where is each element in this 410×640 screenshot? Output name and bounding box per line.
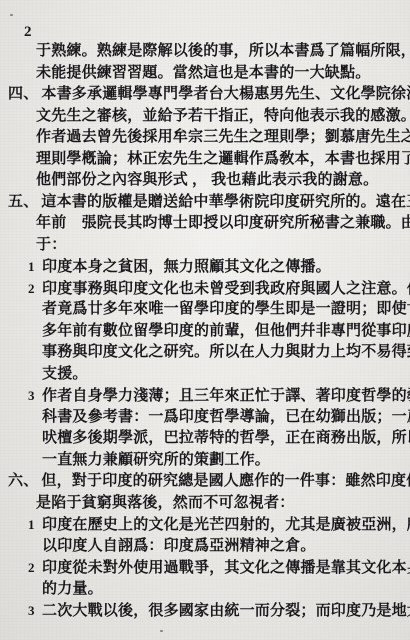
line-text: 他們部份之內容與形式 ， 我也藉此表示我的謝意。: [36, 172, 378, 188]
line-text: 二次大戰以後，很多國家由統一而分裂；而印度乃是地大: [42, 603, 410, 619]
line-text: 印度在歷史上的文化是光芒四射的，尤其是廣被亞洲，所: [42, 517, 410, 533]
line-text: 年前 張院長其昀博士即授以印度研究所秘書之兼職。由: [36, 215, 410, 231]
page-number: 2: [24, 24, 32, 41]
line-text: 事務與印度文化之研究。所以在人力與財力上均不易得到: [42, 344, 410, 360]
line-text: 多年前有數位留學印度的前輩，但他們幷非專門從事印度: [42, 323, 410, 339]
text-line: 作者過去曾先後採用牟宗三先生之理則學；劉慕唐先生之: [0, 127, 410, 149]
line-text: 印度事務與印度文化也未曾受到我政府與國人之注意。作: [42, 281, 410, 297]
line-text: 的力量。: [42, 581, 103, 597]
line-text: 未能提供練習習題。當然這也是本書的一大缺點。: [36, 65, 370, 81]
item-number: 2: [28, 557, 42, 579]
text-line: 2印度從未對外使用過戰爭，其文化之傳播是靠其文化本身: [0, 557, 410, 579]
line-text: 吠檀多後期學派，巴拉蒂特的哲學，正在商務出版，所以: [42, 430, 410, 446]
text-line: 于：: [0, 235, 410, 257]
text-line: 1印度在歷史上的文化是光芒四射的，尤其是廣被亞洲，所: [0, 514, 410, 536]
text-line: 事務與印度文化之研究。所以在人力與財力上均不易得到: [0, 342, 410, 364]
text-line: 他們部份之內容與形式 ， 我也藉此表示我的謝意。: [0, 170, 410, 192]
line-text: 作者過去曾先後採用牟宗三先生之理則學；劉慕唐先生之: [36, 129, 410, 145]
text-line: 的力量。: [0, 579, 410, 601]
line-text: 印度從未對外使用過戰爭，其文化之傳播是靠其文化本身: [42, 560, 410, 576]
line-text: 本書多承邏輯學專門學者台大楊惠男先生、文化學院徐清: [41, 86, 410, 102]
line-text: 一直無力兼顧研究所的策劃工作。: [42, 452, 270, 468]
line-text: 支援。: [42, 366, 88, 382]
line-text: 印度本身之貧困，無力照顧其文化之傳播。: [42, 259, 331, 275]
text-line: 2印度事務與印度文化也未曾受到我政府與國人之注意。作: [0, 278, 410, 300]
item-number: 1: [28, 256, 42, 278]
item-number: 2: [28, 278, 42, 300]
text-line: 支援。: [0, 364, 410, 386]
text-line: 1印度本身之貧困，無力照顧其文化之傳播。: [0, 256, 410, 278]
item-number: 3: [28, 385, 42, 407]
text-line: 3作者自身學力淺薄；且三年來正忙于譯、著印度哲學的敎: [0, 385, 410, 407]
text-line: 多年前有數位留學印度的前輩，但他們幷非專門從事印度: [0, 321, 410, 343]
text-line: 科書及參考書：一爲印度哲學導論，已在幼獅出版；一爲: [0, 407, 410, 429]
line-text: 于熟練。熟練是際解以後的事，所以本書爲了篇幅所限，: [36, 43, 410, 59]
text-line: 者竟爲廿多年來唯一留學印度的學生即是一證明；即使廿: [0, 299, 410, 321]
line-text: 這本書的版權是贈送給中華學術院印度研究所的。遠在三: [41, 194, 410, 210]
line-text: 者竟爲廿多年來唯一留學印度的學生即是一證明；即使廿: [42, 301, 410, 317]
text-line: 于熟練。熟練是際解以後的事，所以本書爲了篇幅所限，: [0, 41, 410, 63]
section-label: 四、: [8, 86, 38, 102]
line-text: 理則學槪論；林正宏先生之邏輯作爲敎本，本書也採用了: [36, 151, 410, 167]
text-line: 吠檀多後期學派，巴拉蒂特的哲學，正在商務出版，所以: [0, 428, 410, 450]
scanned-page: 2 于熟練。熟練是際解以後的事，所以本書爲了篇幅所限，未能提供練習習題。當然這也…: [0, 0, 410, 640]
line-text: 于：: [36, 237, 66, 253]
text-line: 是陷于貧窮與落後，然而不可忽視者：: [0, 493, 410, 515]
text-line: 文先生之審核，並給予若干指正，特向他表示我的感激。: [0, 106, 410, 128]
scan-speck: [160, 630, 163, 632]
text-line: 四、本書多承邏輯學專門學者台大楊惠男先生、文化學院徐清: [0, 84, 410, 106]
item-number: 1: [28, 514, 42, 536]
text-block: 于熟練。熟練是際解以後的事，所以本書爲了篇幅所限，未能提供練習習題。當然這也是本…: [0, 41, 410, 622]
text-line: 一直無力兼顧研究所的策劃工作。: [0, 450, 410, 472]
line-text: 科書及參考書：一爲印度哲學導論，已在幼獅出版；一爲: [42, 409, 410, 425]
text-line: 六、但，對于印度的研究總是國人應作的一件事：雖然印度仍: [0, 471, 410, 493]
text-line: 以印度人自詡爲：印度爲亞洲精神之倉。: [0, 536, 410, 558]
section-label: 六、: [8, 473, 38, 489]
text-line: 年前 張院長其昀博士即授以印度研究所秘書之兼職。由: [0, 213, 410, 235]
section-label: 五、: [8, 194, 38, 210]
line-text: 以印度人自詡爲：印度爲亞洲精神之倉。: [42, 538, 316, 554]
item-number: 3: [28, 600, 42, 622]
line-text: 作者自身學力淺薄；且三年來正忙于譯、著印度哲學的敎: [42, 388, 410, 404]
line-text: 是陷于貧窮與落後，然而不可忽視者：: [36, 495, 294, 511]
line-text: 但，對于印度的研究總是國人應作的一件事：雖然印度仍: [41, 473, 410, 489]
text-line: 五、這本書的版權是贈送給中華學術院印度研究所的。遠在三: [0, 192, 410, 214]
text-line: 3二次大戰以後，很多國家由統一而分裂；而印度乃是地大: [0, 600, 410, 622]
text-line: 未能提供練習習題。當然這也是本書的一大缺點。: [0, 63, 410, 85]
scan-speck: [10, 14, 13, 16]
line-text: 文先生之審核，並給予若干指正，特向他表示我的感激。: [36, 108, 410, 124]
text-line: 理則學槪論；林正宏先生之邏輯作爲敎本，本書也採用了: [0, 149, 410, 171]
